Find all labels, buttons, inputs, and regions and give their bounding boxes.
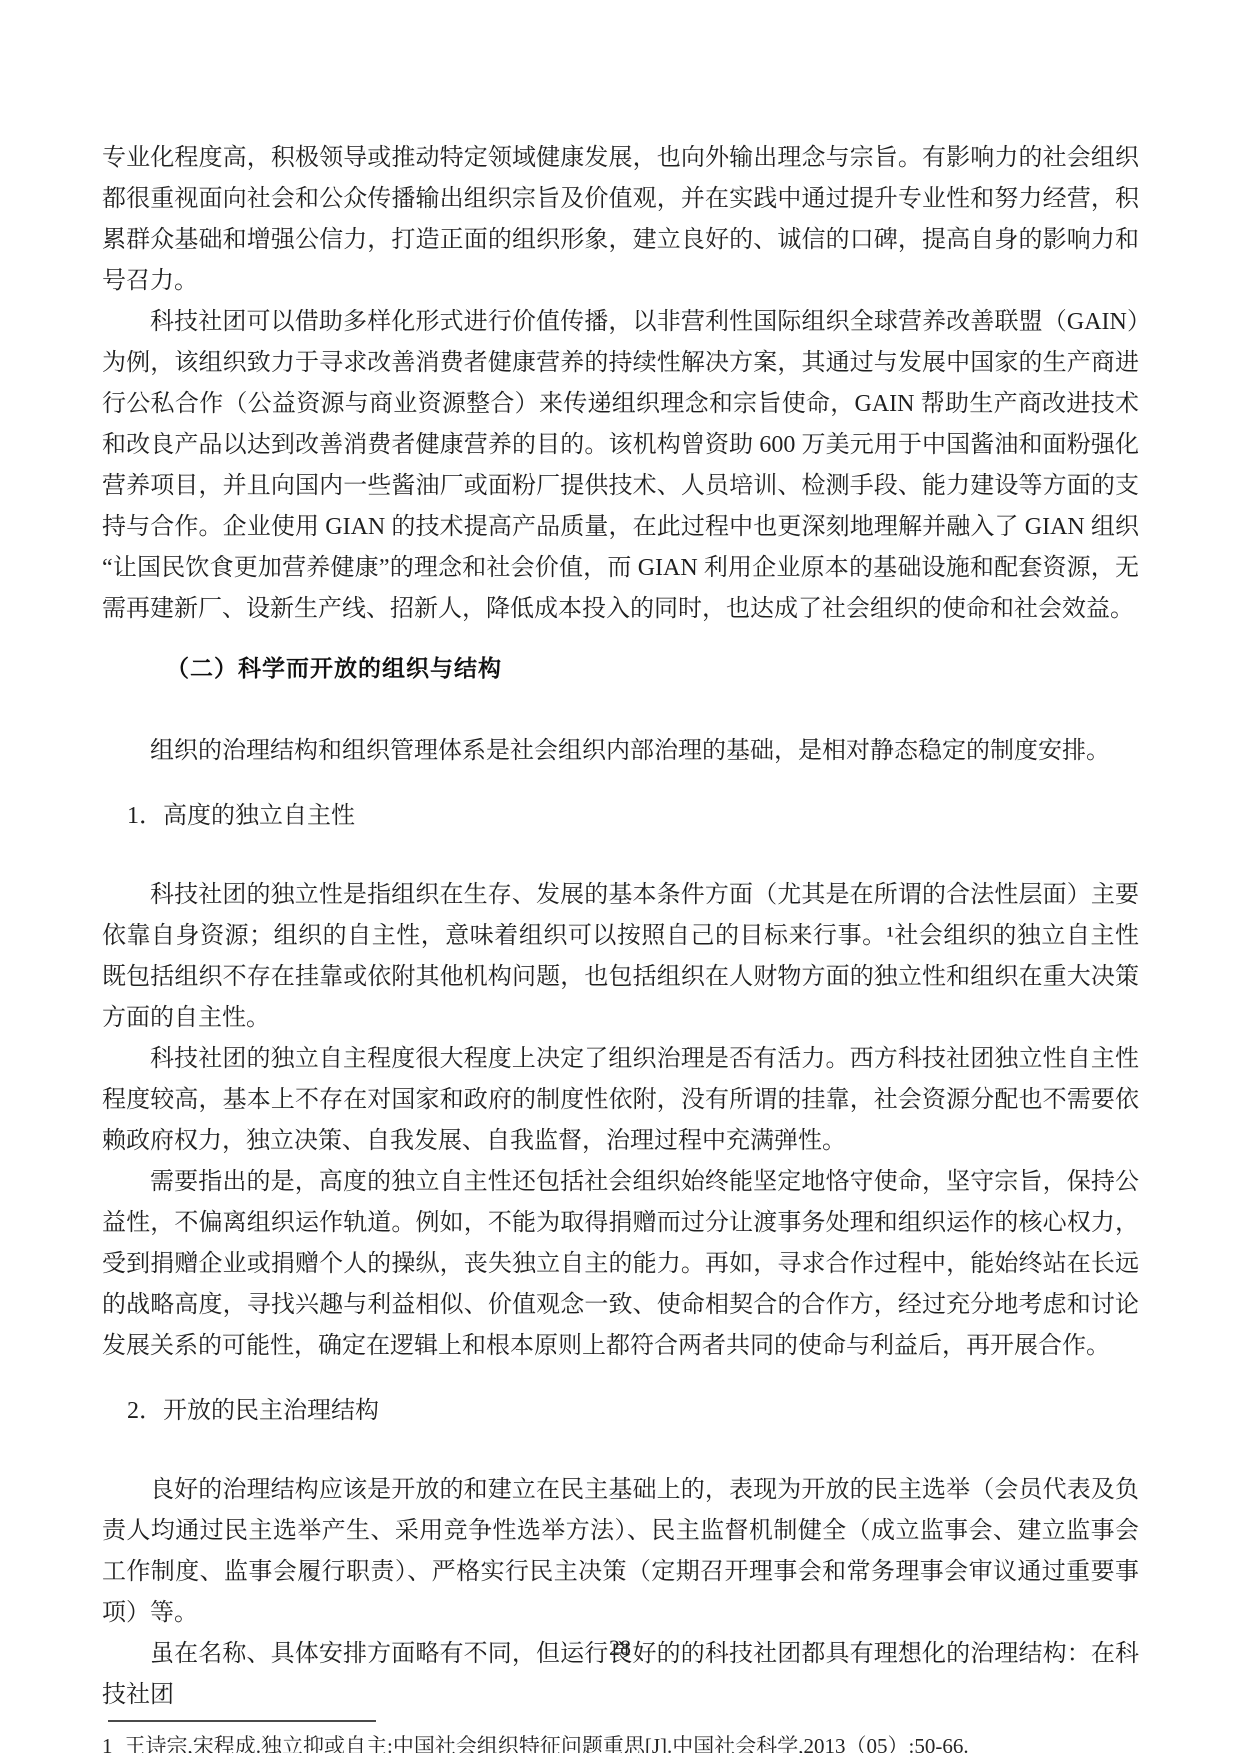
paragraph-independence-vitality: 科技社团的独立自主程度很大程度上决定了组织治理是否有活力。西方科技社团独立性自主… <box>102 1039 1139 1162</box>
subheading-democratic-governance: 2．开放的民主治理结构 <box>102 1391 1139 1432</box>
section-heading: （二）科学而开放的组织与结构 <box>102 648 1139 689</box>
footnote-marker: 1 <box>102 1732 113 1753</box>
subheading-independence: 1．高度的独立自主性 <box>102 796 1139 837</box>
footnote-separator-line <box>108 1720 376 1722</box>
paragraph-democratic-structure: 良好的治理结构应该是开放的和建立在民主基础上的，表现为开放的民主选举（会员代表及… <box>102 1470 1139 1634</box>
paragraph-independence-mission: 需要指出的是，高度的独立自主性还包括社会组织始终能坚定地恪守使命，坚守宗旨，保持… <box>102 1162 1139 1367</box>
paragraph-independence-definition: 科技社团的独立性是指组织在生存、发展的基本条件方面（尤其是在所谓的合法性层面）主… <box>102 875 1139 1039</box>
footnote-area: 1王诗宗,宋程成.独立抑或自主:中国社会组织特征问题重思[J].中国社会科学,2… <box>102 1720 1139 1753</box>
paragraph-gain-case: 科技社团可以借助多样化形式进行价值传播，以非营利性国际组织全球营养改善联盟（GA… <box>102 302 1139 630</box>
document-page: 专业化程度高，积极领导或推动特定领域健康发展，也向外输出理念与宗旨。有影响力的社… <box>0 0 1240 1753</box>
paragraph-governance-intro: 组织的治理结构和组织管理体系是社会组织内部治理的基础，是相对静态稳定的制度安排。 <box>102 731 1139 772</box>
footnote-text: 王诗宗,宋程成.独立抑或自主:中国社会组织特征问题重思[J].中国社会科学,20… <box>125 1734 969 1753</box>
page-number: 28 <box>0 1635 1240 1661</box>
paragraph-continuation: 专业化程度高，积极领导或推动特定领域健康发展，也向外输出理念与宗旨。有影响力的社… <box>102 138 1139 302</box>
page-content: 专业化程度高，积极领导或推动特定领域健康发展，也向外输出理念与宗旨。有影响力的社… <box>102 138 1139 1753</box>
footnote: 1王诗宗,宋程成.独立抑或自主:中国社会组织特征问题重思[J].中国社会科学,2… <box>102 1732 1139 1753</box>
